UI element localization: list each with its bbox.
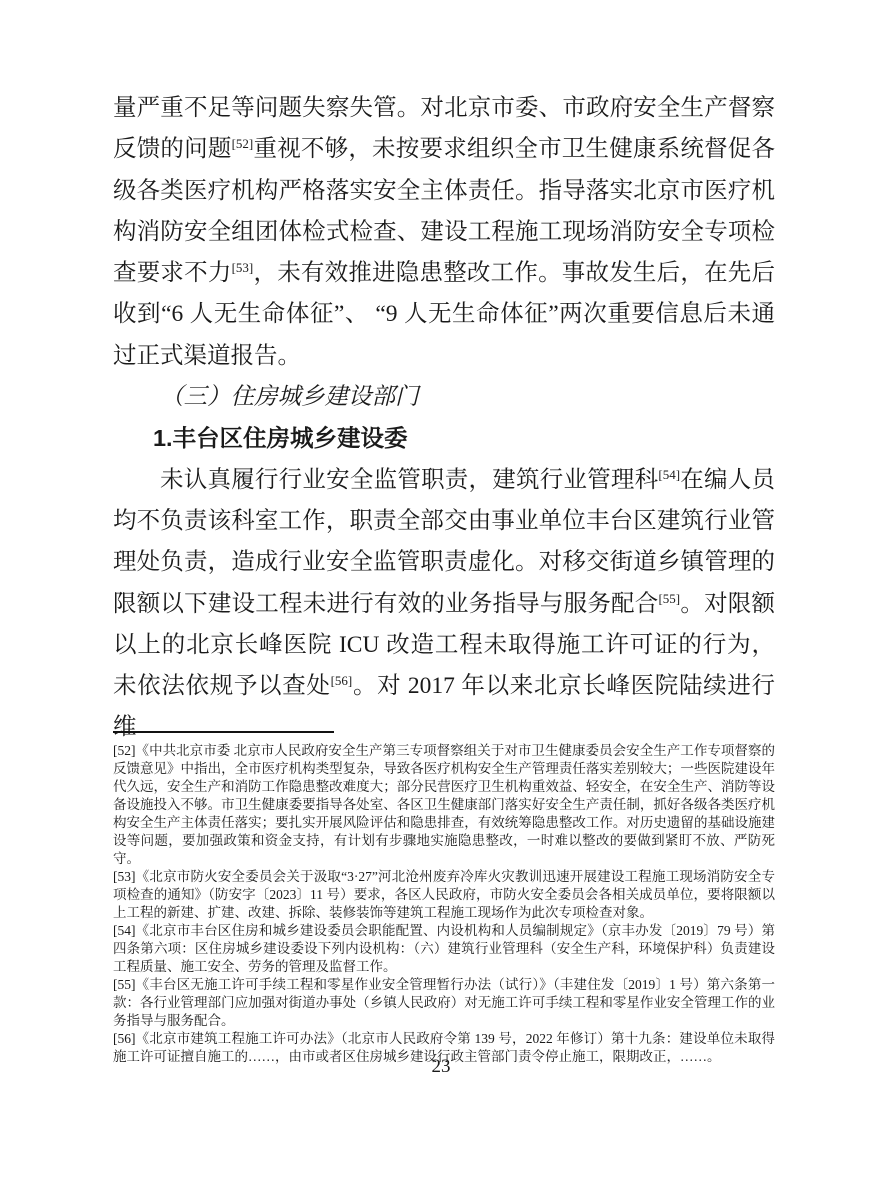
- footnote-55: [55]《丰台区无施工许可手续工程和零星作业安全管理暂行办法（试行）》（丰建住发…: [113, 976, 775, 1030]
- paragraph-continuation: 量严重不足等问题失察失管。对北京市委、市政府安全生产督察反馈的问题[52]重视不…: [113, 88, 775, 377]
- page-number: 23: [0, 1056, 882, 1078]
- footnote-label: [56]: [113, 1031, 136, 1046]
- footnote-text: 《北京市丰台区住房和城乡建设委员会职能配置、内设机构和人员编制规定》（京丰办发〔…: [113, 923, 775, 974]
- document-page: 量严重不足等问题失察失管。对北京市委、市政府安全生产督察反馈的问题[52]重视不…: [0, 0, 882, 1191]
- footnote-text: 《中共北京市委 北京市人民政府安全生产第三专项督察组关于对市卫生健康委员会安全生…: [113, 743, 775, 866]
- section-heading-housing-construction-departments: （三）住房城乡建设部门: [113, 377, 775, 418]
- subsection-heading-fengtai-housing-commission: 1.丰台区住房城乡建设委: [113, 418, 775, 459]
- footnote-label: [54]: [113, 923, 136, 938]
- footnote-label: [53]: [113, 869, 136, 884]
- footnote-52: [52]《中共北京市委 北京市人民政府安全生产第三专项督察组关于对市卫生健康委员…: [113, 742, 775, 868]
- footnote-text: 《丰台区无施工许可手续工程和零星作业安全管理暂行办法（试行）》（丰建住发〔201…: [113, 977, 775, 1028]
- footnote-54: [54]《北京市丰台区住房和城乡建设委员会职能配置、内设机构和人员编制规定》（京…: [113, 922, 775, 976]
- footnote-53: [53]《北京市防火安全委员会关于汲取“3·27”河北沧州废弃冷库火灾教训迅速开…: [113, 868, 775, 922]
- footnote-separator-rule: [113, 731, 334, 733]
- footnote-text: 《北京市防火安全委员会关于汲取“3·27”河北沧州废弃冷库火灾教训迅速开展建设工…: [113, 869, 775, 920]
- footnote-ref-56: [56]: [331, 673, 353, 688]
- paragraph-main: 未认真履行行业安全监管职责，建筑行业管理科[54]在编人员均不负责该科室工作，职…: [113, 460, 775, 749]
- footnote-label: [55]: [113, 977, 136, 992]
- body-text: 未认真履行行业安全监管职责，建筑行业管理科: [160, 467, 658, 493]
- footnote-ref-53: [53]: [232, 260, 254, 275]
- footnote-label: [52]: [113, 743, 136, 758]
- page-body: 量严重不足等问题失察失管。对北京市委、市政府安全生产督察反馈的问题[52]重视不…: [113, 88, 775, 749]
- footnote-ref-55: [55]: [658, 591, 680, 606]
- footnotes-section: [52]《中共北京市委 北京市人民政府安全生产第三专项督察组关于对市卫生健康委员…: [113, 731, 775, 1066]
- footnote-ref-54: [54]: [658, 467, 680, 482]
- footnote-ref-52: [52]: [232, 136, 254, 151]
